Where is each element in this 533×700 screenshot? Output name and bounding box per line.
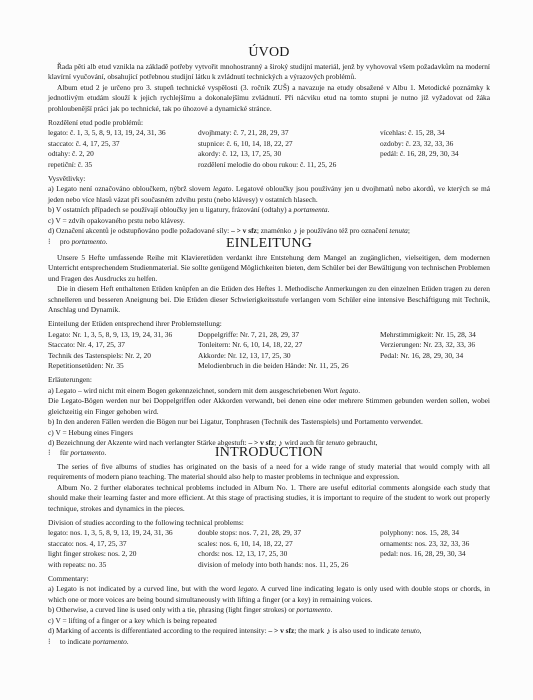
- division-cell: Mehrstimmigkeit: Nr. 15, 28, 34: [380, 330, 490, 340]
- note-a: a) Legato – wird nicht mit einem Bogen g…: [48, 386, 490, 396]
- paragraph: Die in diesem Heft enthaltenen Etüden kn…: [48, 284, 490, 315]
- division-cell: legato: č. 1, 3, 5, 8, 9, 13, 19, 24, 31…: [48, 128, 198, 138]
- division-cell: Staccato: Nr. 4, 17, 25, 37: [48, 340, 198, 350]
- division-cell: staccato: č. 4, 17, 25, 37: [48, 139, 198, 149]
- division-cell: repetiční: č. 35: [48, 160, 198, 170]
- section-english: INTRODUCTION The series of five albums o…: [48, 445, 490, 647]
- division-cell: [380, 361, 490, 371]
- paragraph: Album No. 2 further elaborates technical…: [48, 483, 490, 514]
- paragraph: Unsere 5 Hefte umfassende Reihe mit Klav…: [48, 253, 490, 284]
- accent-symbols: – > v sfz: [231, 226, 257, 235]
- division-cell: legato: nos. 1, 3, 5, 8, 9, 13, 19, 24, …: [48, 528, 198, 538]
- division-cell: odtahy: č. 2, 20: [48, 149, 198, 159]
- division-cell: Akkorde: Nr. 12, 13, 17, 25, 30: [198, 351, 380, 361]
- section-title: EINLEITUNG: [48, 236, 490, 252]
- note-b: b) Otherwise, a curved line is used only…: [48, 605, 490, 615]
- division-cell: rozdělení melodie do obou rukou: č. 11, …: [198, 160, 380, 170]
- note-a: a) Legato není označováno obloučkem, nýb…: [48, 184, 490, 205]
- division-cell: pedál: č. 16, 28, 29, 30, 34: [380, 149, 490, 159]
- notes-label: Commentary:: [48, 574, 490, 584]
- division-cell: double stops: nos. 7, 21, 28, 29, 37: [198, 528, 380, 538]
- note-b: b) In den anderen Fällen werden die Böge…: [48, 417, 490, 427]
- division-cell: akordy: č. 12, 13, 17, 25, 30: [198, 149, 380, 159]
- document-page: ÚVOD Řada pěti alb etud vznikla na zákla…: [0, 0, 533, 700]
- division-cell: scales: nos. 6, 10, 14, 18, 22, 27: [198, 539, 380, 549]
- note-e: ⁝ to indicate portamento.: [48, 637, 490, 647]
- portamento-mark-icon: ⁝: [48, 637, 58, 647]
- division-cell: light finger strokes: nos. 2, 20: [48, 549, 198, 559]
- division-label: Einteilung der Etüden entsprechend ihrer…: [48, 319, 490, 329]
- note-c: c) V = Hebung eines Fingers: [48, 428, 490, 438]
- division-cell: Tonleitern: Nr. 6, 10, 14, 18, 22, 27: [198, 340, 380, 350]
- section-title: ÚVOD: [48, 45, 490, 61]
- note-d: d) Marking of accents is differentiated …: [48, 626, 490, 636]
- division-cell: Legato: Nr. 1, 3, 5, 8, 9, 13, 19, 24, 3…: [48, 330, 198, 340]
- division-cell: stupnice: č. 6, 10, 14, 18, 22, 27: [198, 139, 380, 149]
- division-cell: Verzierungen: Nr. 23, 32, 33, 36: [380, 340, 490, 350]
- division-cell: dvojhmaty: č. 7, 21, 28, 29, 37: [198, 128, 380, 138]
- notes-label: Vysvětlivky:: [48, 174, 490, 184]
- division-table: legato: nos. 1, 3, 5, 8, 9, 13, 19, 24, …: [48, 528, 490, 570]
- notes-label: Erläuterungen:: [48, 375, 490, 385]
- division-cell: pedal: nos. 16, 28, 29, 30, 34: [380, 549, 490, 559]
- section-title: INTRODUCTION: [48, 445, 490, 461]
- division-cell: vícehlas: č. 15, 28, 34: [380, 128, 490, 138]
- note-a2: Die Legato-Bögen werden nur bei Doppelgr…: [48, 396, 490, 417]
- division-label: Rozdělení etud podle problémů:: [48, 118, 490, 128]
- division-cell: Technik des Tastenspiels: Nr. 2, 20: [48, 351, 198, 361]
- division-cell: division of melody into both hands: nos.…: [198, 560, 380, 570]
- division-cell: Repetitionsetüden: Nr. 35: [48, 361, 198, 371]
- note-c: c) V = zdvih opakovaného prstu nebo kláv…: [48, 216, 490, 226]
- note-c: c) V = lifting of a finger or a key whic…: [48, 616, 490, 626]
- division-label: Division of studies according to the fol…: [48, 518, 490, 528]
- note-b: b) V ostatních případech se používají ob…: [48, 205, 490, 215]
- paragraph: The series of five albums of studies has…: [48, 462, 490, 483]
- division-cell: [380, 160, 490, 170]
- division-cell: staccato: nos. 4, 17, 25, 37: [48, 539, 198, 549]
- division-table: Legato: Nr. 1, 3, 5, 8, 9, 13, 19, 24, 3…: [48, 330, 490, 372]
- division-cell: with repeats: no. 35: [48, 560, 198, 570]
- division-table: legato: č. 1, 3, 5, 8, 9, 13, 19, 24, 31…: [48, 128, 490, 170]
- division-cell: polyphony: nos. 15, 28, 34: [380, 528, 490, 538]
- note-a: a) Legato is not indicated by a curved l…: [48, 584, 490, 605]
- division-cell: Doppelgriffe: Nr. 7, 21, 28, 29, 37: [198, 330, 380, 340]
- division-cell: ornaments: nos. 23, 32, 33, 36: [380, 539, 490, 549]
- division-cell: Melodienbruch in die beiden Hände: Nr. 1…: [198, 361, 380, 371]
- division-cell: ozdoby: č. 23, 32, 33, 36: [380, 139, 490, 149]
- note-d: d) Označení akcentů je odstupňováno podl…: [48, 226, 490, 236]
- division-cell: Pedal: Nr. 16, 28, 29, 30, 34: [380, 351, 490, 361]
- paragraph: Řada pěti alb etud vznikla na základě po…: [48, 62, 490, 83]
- accent-symbols: – > v sfz: [268, 626, 294, 635]
- division-cell: [380, 560, 490, 570]
- division-cell: chords: nos. 12, 13, 17, 25, 30: [198, 549, 380, 559]
- section-czech: ÚVOD Řada pěti alb etud vznikla na zákla…: [48, 45, 490, 247]
- paragraph: Album etud 2 je určeno pro 3. stupeň tec…: [48, 83, 490, 114]
- section-german: EINLEITUNG Unsere 5 Hefte umfassende Rei…: [48, 236, 490, 459]
